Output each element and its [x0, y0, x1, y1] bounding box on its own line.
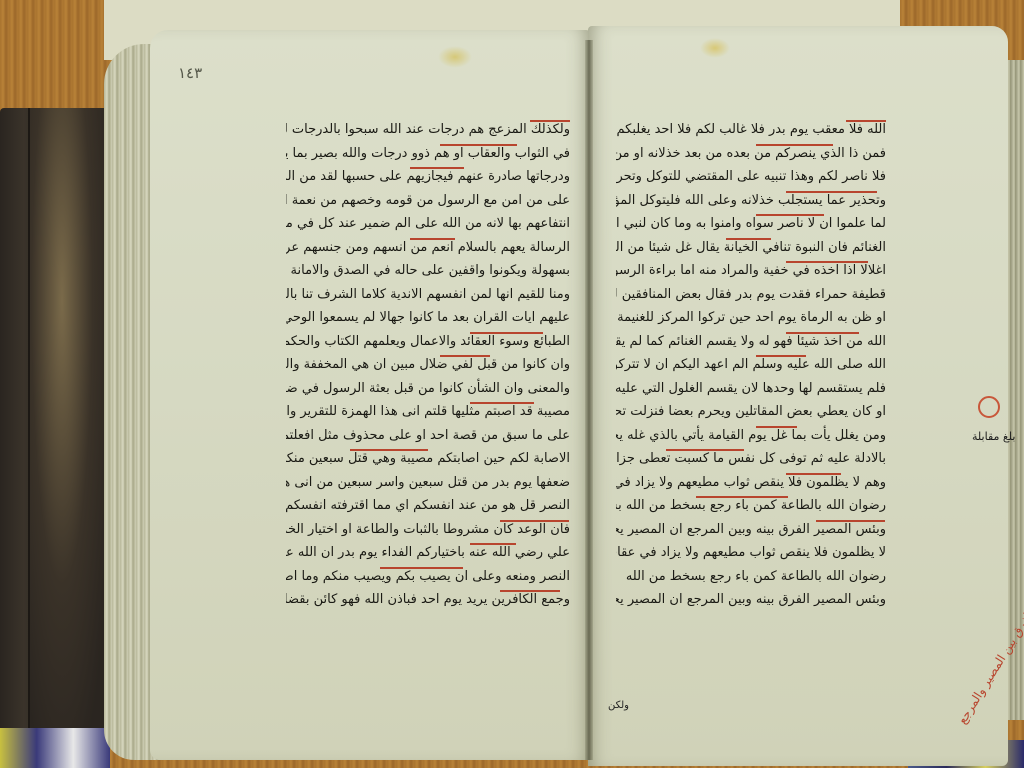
- rubric-overline: [786, 473, 841, 475]
- manuscript-line: الطبائع وسوء العقائد والاعمال ويعلمهم ال…: [286, 330, 570, 354]
- manuscript-line: ولكذلك المزعج هم درجات عند الله سبحوا با…: [286, 118, 570, 142]
- line-text: بالادلة عليه ثم توفى كل نفس ما كسبت تعطى…: [616, 451, 886, 466]
- manuscript-line: ضعفها يوم بدر من قتل سبعين واسر سبعين من…: [286, 471, 570, 495]
- line-text: او كان يعطي بعض المقاتلين ويحرم بعضا فنز…: [616, 404, 886, 419]
- rubric-overline: [756, 426, 797, 428]
- left-text-block: ولكذلك المزعج هم درجات عند الله سبحوا با…: [286, 118, 570, 612]
- line-text: وان كانوا من قبل لفي ضلال مبين ان هي الم…: [286, 357, 570, 372]
- rubric-overline: [410, 238, 455, 240]
- rubric-overline: [666, 449, 744, 451]
- rubric-overline: [500, 520, 569, 522]
- rubric-overline: [786, 261, 868, 263]
- book-spine: [28, 108, 110, 748]
- book-cover-left: [0, 108, 118, 748]
- manuscript-line: او كان يعطي بعض المقاتلين ويحرم بعضا فنز…: [616, 400, 886, 424]
- rubric-overline: [530, 120, 570, 122]
- manuscript-line: وان كانوا من قبل لفي ضلال مبين ان هي الم…: [286, 353, 570, 377]
- rubric-overline: [470, 402, 534, 404]
- line-text: الله من اخذ شيئا فهو له ولا يقسم الغنائم…: [616, 334, 886, 349]
- manuscript-line: على ما سبق من قصة احد او على محذوف مثل ا…: [286, 424, 570, 448]
- line-text: وهم لا يظلمون فلا ينقص ثواب مطيعهم ولا ي…: [616, 475, 886, 490]
- manuscript-line: انتفاعهم بها لانه من الله على الم ضمير ع…: [286, 212, 570, 236]
- manuscript-line: وبئس المصير الفرق بينه وبين المرجع ان ال…: [616, 588, 886, 612]
- manuscript-line: مصيبة قد اصبتم مثليها قلتم انى هذا الهمز…: [286, 400, 570, 424]
- rubric-overline: [726, 238, 771, 240]
- bookshelf-item-left: [0, 728, 110, 768]
- line-text: على من امن مع الرسول من قومه وخصهم من نع…: [286, 193, 570, 208]
- rubric-overline: [350, 449, 428, 451]
- manuscript-line: الله فلا معقب يوم بدر فلا غالب لكم فلا ا…: [616, 118, 886, 142]
- rubric-overline: [756, 144, 833, 146]
- manuscript-line: الله صلى الله عليه وسلم الم اعهد اليكم ا…: [616, 353, 886, 377]
- rubric-overline: [846, 120, 886, 122]
- rubric-overline: [440, 144, 517, 146]
- rubric-overline: [756, 214, 824, 216]
- rubric-overline: [440, 355, 490, 357]
- line-text: الله صلى الله عليه وسلم الم اعهد اليكم ا…: [616, 357, 886, 372]
- line-text: ولكذلك المزعج هم درجات عند الله سبحوا با…: [286, 122, 570, 137]
- manuscript-line: في الثواب والعقاب او هم ذوو درجات والله …: [286, 142, 570, 166]
- stain-mark: [700, 38, 730, 58]
- manuscript-line: على من امن مع الرسول من قومه وخصهم من نع…: [286, 189, 570, 213]
- manuscript-line: علي رضي الله عنه باختياركم الفداء يوم بد…: [286, 541, 570, 565]
- rubric-overline: [696, 496, 788, 498]
- manuscript-line: الاصابة لكم حين اصابتكم مصيبة وهي قتل سب…: [286, 447, 570, 471]
- manuscript-line: او ظن به الرماة يوم احد حين تركوا المركز…: [616, 306, 886, 330]
- rosette-icon: [978, 396, 1000, 418]
- line-text: او ظن به الرماة يوم احد حين تركوا المركز…: [616, 310, 886, 325]
- manuscript-line: وجمع الكافرين يريد يوم احد فباذن الله فه…: [286, 588, 570, 612]
- folio-number: ١٤٣: [178, 64, 202, 82]
- manuscript-line: اغلالا اذا اخذه في خفية والمراد منه اما …: [616, 259, 886, 283]
- manuscript-line: فمن ذا الذي ينصركم من بعده من بعد خذلانه…: [616, 142, 886, 166]
- line-text: النصر قل هو من عند انفسكم اي مما اقترفته…: [286, 498, 570, 513]
- line-text: والمعنى وان الشأن كانوا من قبل بعثة الرس…: [286, 381, 570, 396]
- manuscript-line: عليهم ايات القران بعد ما كانوا جهالا لم …: [286, 306, 570, 330]
- manuscript-line: فلم يستقسم لها وحدها لان يقسم الغلول الت…: [616, 377, 886, 401]
- rubric-overline: [816, 520, 885, 522]
- line-text: لا يظلمون فلا ينقص ثواب مطيعهم ولا يزاد …: [616, 545, 886, 560]
- manuscript-line: بالادلة عليه ثم توفى كل نفس ما كسبت تعطى…: [616, 447, 886, 471]
- stain-mark: [438, 46, 472, 68]
- rubric-overline: [410, 167, 464, 169]
- manuscript-line: وهم لا يظلمون فلا ينقص ثواب مطيعهم ولا ي…: [616, 471, 886, 495]
- manuscript-line: رضوان الله بالطاعة كمن باء رجع بسخط من ا…: [616, 565, 886, 589]
- line-text: فلم يستقسم لها وحدها لان يقسم الغلول الت…: [616, 381, 886, 396]
- manuscript-line: لا يظلمون فلا ينقص ثواب مطيعهم ولا يزاد …: [616, 541, 886, 565]
- line-text: ومنا للقيم انها لمن انفسهم الاندية كلاما…: [286, 287, 570, 302]
- line-text: ودرجاتها صادرة عنهم فيجازيهم على حسبها ل…: [286, 169, 570, 184]
- rubric-overline: [786, 332, 859, 334]
- manuscript-line: والمعنى وان الشأن كانوا من قبل بعثة الرس…: [286, 377, 570, 401]
- manuscript-line: وتحذير عما يستجلب خذلانه وعلى الله فليتو…: [616, 189, 886, 213]
- rubric-overline: [470, 543, 516, 545]
- manuscript-line: ومن يغلل يأت بما غل يوم القيامة يأتي بال…: [616, 424, 886, 448]
- rubric-overline: [500, 590, 560, 592]
- line-text: قطيفة حمراء فقدت يوم بدر فقال بعض المناف…: [616, 287, 886, 302]
- rubric-overline: [756, 355, 806, 357]
- line-text: لما علموا ان لا ناصر سواه وامنوا به وما …: [616, 216, 886, 231]
- line-text: انتفاعهم بها لانه من الله على الم ضمير ع…: [286, 216, 570, 231]
- line-text: علي رضي الله عنه باختياركم الفداء يوم بد…: [286, 545, 570, 560]
- line-text: الطبائع وسوء العقائد والاعمال ويعلمهم ال…: [286, 334, 570, 349]
- line-text: الرسالة يعهم بالسلام انعم من انسهم ومن ج…: [286, 240, 570, 255]
- line-text: ومن يغلل يأت بما غل يوم القيامة يأتي بال…: [616, 428, 886, 443]
- manuscript-line: الغنائم فان النبوة تنافي الخيانة يقال غل…: [616, 236, 886, 260]
- line-text: وتحذير عما يستجلب خذلانه وعلى الله فليتو…: [616, 193, 886, 208]
- margin-note: بلغ مقابلة: [972, 430, 1015, 443]
- manuscript-line: النصر قل هو من عند انفسكم اي مما اقترفته…: [286, 494, 570, 518]
- manuscript-line: بسهولة ويكونوا واقفين على حاله في الصدق …: [286, 259, 570, 283]
- line-text: وبئس المصير الفرق بينه وبين المرجع ان ال…: [616, 522, 886, 537]
- manuscript-line: الله من اخذ شيئا فهو له ولا يقسم الغنائم…: [616, 330, 886, 354]
- line-text: فمن ذا الذي ينصركم من بعده من بعد خذلانه…: [616, 146, 886, 161]
- rubric-overline: [380, 567, 463, 569]
- right-text-block: الله فلا معقب يوم بدر فلا غالب لكم فلا ا…: [616, 118, 886, 612]
- book-gutter: [585, 40, 593, 760]
- line-text: عليهم ايات القران بعد ما كانوا جهالا لم …: [286, 310, 570, 325]
- manuscript-line: لما علموا ان لا ناصر سواه وامنوا به وما …: [616, 212, 886, 236]
- manuscript-line: الرسالة يعهم بالسلام انعم من انسهم ومن ج…: [286, 236, 570, 260]
- line-text: ضعفها يوم بدر من قتل سبعين واسر سبعين من…: [286, 475, 570, 490]
- line-text: مصيبة قد اصبتم مثليها قلتم انى هذا الهمز…: [286, 404, 570, 419]
- manuscript-line: رضوان الله بالطاعة كمن باء رجع بسخط من ا…: [616, 494, 886, 518]
- line-text: الغنائم فان النبوة تنافي الخيانة يقال غل…: [616, 240, 886, 255]
- line-text: فلا ناصر لكم وهذا تنبيه على المقتضي للتو…: [616, 169, 886, 184]
- manuscript-line: ومنا للقيم انها لمن انفسهم الاندية كلاما…: [286, 283, 570, 307]
- line-text: على ما سبق من قصة احد او على محذوف مثل ا…: [286, 428, 570, 443]
- line-text: فان الوعد كان مشروطا بالثبات والطاعة او …: [286, 522, 570, 537]
- line-text: وبئس المصير الفرق بينه وبين المرجع ان ال…: [616, 592, 886, 607]
- line-text: رضوان الله بالطاعة كمن باء رجع بسخط من ا…: [616, 498, 886, 513]
- manuscript-line: وبئس المصير الفرق بينه وبين المرجع ان ال…: [616, 518, 886, 542]
- line-text: النصر ومنعه وعلى ان يصيب بكم ويصيب منكم …: [286, 569, 570, 584]
- line-text: الاصابة لكم حين اصابتكم مصيبة وهي قتل سب…: [286, 451, 570, 466]
- manuscript-line: قطيفة حمراء فقدت يوم بدر فقال بعض المناف…: [616, 283, 886, 307]
- line-text: اغلالا اذا اخذه في خفية والمراد منه اما …: [616, 263, 886, 278]
- catchword: ولكن: [608, 700, 629, 711]
- line-text: الله فلا معقب يوم بدر فلا غالب لكم فلا ا…: [616, 122, 886, 137]
- manuscript-line: فلا ناصر لكم وهذا تنبيه على المقتضي للتو…: [616, 165, 886, 189]
- manuscript-line: فان الوعد كان مشروطا بالثبات والطاعة او …: [286, 518, 570, 542]
- line-text: في الثواب والعقاب او هم ذوو درجات والله …: [286, 146, 570, 161]
- rubric-overline: [470, 332, 543, 334]
- line-text: بسهولة ويكونوا واقفين على حاله في الصدق …: [286, 263, 570, 278]
- rubric-overline: [786, 191, 877, 193]
- line-text: وجمع الكافرين يريد يوم احد فباذن الله فه…: [286, 592, 570, 607]
- manuscript-line: النصر ومنعه وعلى ان يصيب بكم ويصيب منكم …: [286, 565, 570, 589]
- line-text: رضوان الله بالطاعة كمن باء رجع بسخط من ا…: [626, 569, 886, 584]
- manuscript-line: ودرجاتها صادرة عنهم فيجازيهم على حسبها ل…: [286, 165, 570, 189]
